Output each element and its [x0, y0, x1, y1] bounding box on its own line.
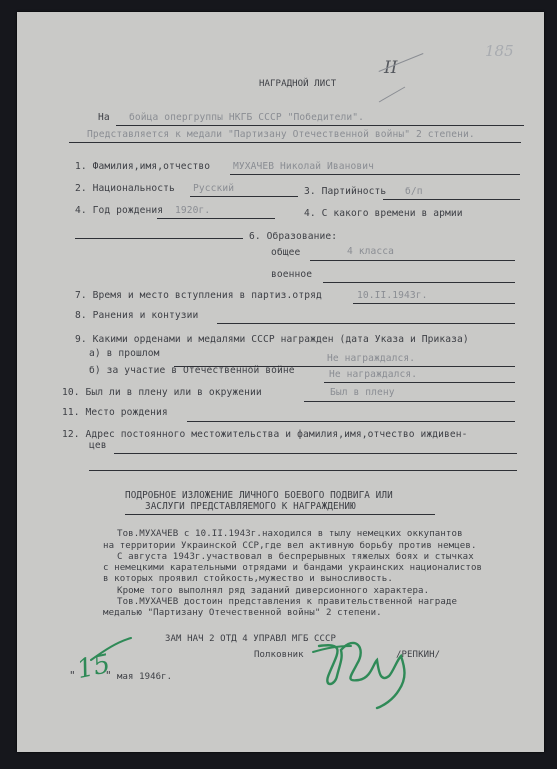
narrative-line: Кроме того выполнял ряд заданий диверсио…	[117, 586, 429, 596]
education-military-underline	[323, 282, 515, 283]
field-4-label: 4. Год рождения	[75, 205, 163, 216]
education-general-underline	[310, 260, 515, 261]
field-5-underline	[75, 238, 243, 239]
field-10-underline	[304, 401, 515, 402]
field-8-underline	[217, 323, 515, 324]
narrative-line: Тов.МУХАЧЕВ с 10.II.1943г.находился в ты…	[117, 529, 463, 539]
field-12-underline-2	[89, 470, 517, 471]
field-1-value: МУХАЧЕВ Николай Иванович	[233, 161, 374, 172]
field-5-label: 4. С какого времени в армии	[304, 208, 463, 219]
on-label: На	[98, 112, 110, 123]
on-underline	[116, 125, 524, 126]
field-12-underline-1	[114, 453, 517, 454]
narrative-line: с немецкими карательными отрядами и банд…	[103, 563, 482, 573]
education-general-label: общее	[271, 247, 300, 258]
document-title: НАГРАДНОЙ ЛИСТ	[259, 79, 336, 89]
section-heading-line-1: ПОДРОБНОЕ ИЗЛОЖЕНИЕ ЛИЧНОГО БОЕВОГО ПОДВ…	[125, 490, 393, 501]
field-3-label: 3. Партийность	[304, 186, 386, 197]
signatory-rank: Полковник	[254, 650, 304, 660]
field-9b-label: б) за участие в Отечественной войне	[89, 365, 295, 376]
field-7-value: 10.II.1943г.	[357, 290, 428, 301]
field-1-label: 1. Фамилия,имя,отчество	[75, 161, 210, 172]
field-4-underline	[157, 218, 275, 219]
presented-underline	[69, 142, 521, 143]
narrative-line: медалью "Партизану Отечественной войны" …	[103, 608, 382, 618]
field-2-value: Русский	[193, 183, 234, 194]
field-9-label: 9. Какими орденами и медалями СССР награ…	[75, 334, 469, 345]
date-quote-open: "	[69, 669, 76, 682]
narrative-line: Тов.МУХАЧЕВ достоин представления к прав…	[117, 597, 457, 607]
field-7-label: 7. Время и место вступления в партиз.отр…	[75, 290, 322, 301]
margin-stroke	[379, 87, 405, 103]
narrative-line: С августа 1943г.участвовал в беспрерывны…	[117, 552, 474, 562]
date-flourish-icon	[87, 634, 137, 664]
field-11-underline	[187, 421, 515, 422]
field-10-value: Был в плену	[330, 387, 395, 398]
field-4-value: 1920г.	[175, 205, 210, 216]
education-general-value: 4 класса	[347, 246, 394, 257]
field-10-label: 10. Был ли в плену или в окружении	[62, 387, 262, 398]
section-heading-line-2: ЗАСЛУГИ ПРЕДСТАВЛЯЕМОГО К НАГРАЖДЕНИЮ	[145, 501, 356, 512]
field-6-label: 6. Образование:	[249, 231, 337, 242]
narrative-line: на территории Украинской ССР,где вел акт…	[103, 541, 477, 551]
field-2-label: 2. Национальность	[75, 183, 175, 194]
date-month-year: мая 1946г.	[117, 672, 172, 682]
on-value: бойца опергруппы НКГБ СССР "Победители".	[129, 112, 364, 123]
section-heading-underline	[125, 514, 435, 515]
field-2-underline	[190, 196, 298, 197]
field-9b-underline	[324, 382, 515, 383]
field-3-value: б/п	[405, 186, 423, 197]
date-quote-close: "	[105, 669, 112, 682]
sheet-number: 185	[485, 42, 514, 60]
green-signature-icon	[307, 624, 427, 714]
field-8-label: 8. Ранения и контузии	[75, 310, 198, 321]
narrative-line: в которых проявил стойкость,мужество и в…	[103, 574, 393, 584]
field-12-label-cont: цев	[89, 440, 107, 451]
field-11-label: 11. Место рождения	[62, 407, 168, 418]
field-3-underline	[383, 199, 520, 200]
award-sheet: II 185 НАГРАДНОЙ ЛИСТ На бойца опергрупп…	[17, 12, 544, 752]
presented-line: Представляется к медали "Партизану Отече…	[87, 129, 475, 140]
field-1-underline	[230, 174, 520, 175]
field-9a-label: а) в прошлом	[89, 348, 160, 359]
field-7-underline	[353, 303, 515, 304]
education-military-label: военное	[271, 269, 312, 280]
field-9b-value: Не награждался.	[329, 369, 417, 380]
field-12-label: 12. Адрес постоянного местожительства и …	[62, 429, 467, 440]
field-9a-value: Не награждался.	[327, 353, 415, 364]
